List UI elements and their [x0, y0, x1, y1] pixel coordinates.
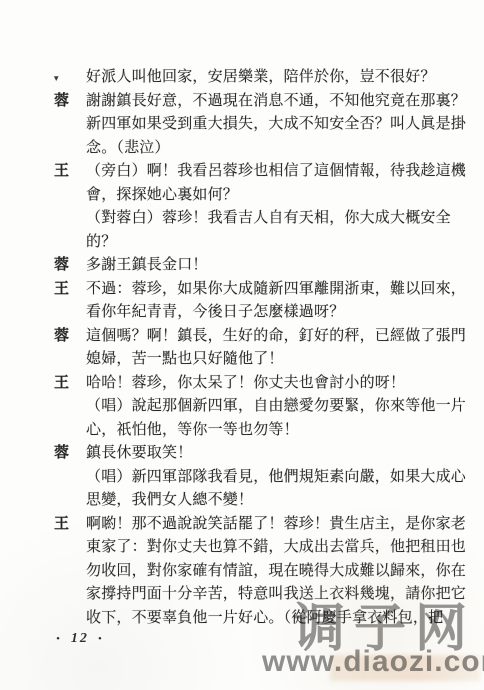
footer-left-dot: •: [56, 633, 62, 645]
script-line: 王 （旁白）啊！我看呂蓉珍也相信了這個情報，待我趁這機: [46, 160, 462, 184]
speaker-label: 蓉: [46, 90, 86, 114]
scanned-book-page: ▾ 好派人叫他回家，安居樂業，陪伴於你，豈不很好？ 蓉 謝謝鎮長好意，不過現在消…: [0, 0, 484, 690]
dialogue-text: 鎮長休要取笑！: [86, 442, 462, 466]
script-line: 的？: [46, 231, 462, 255]
dialogue-text: 的？: [86, 231, 462, 255]
script-line: 會，探探她心裏如何？: [46, 184, 462, 208]
dialogue-text: 謝謝鎮長好意，不過現在消息不通，不知他究竟在那裏？: [86, 90, 466, 114]
script-line: 蓉 鎮長休要取笑！: [46, 442, 462, 466]
page-number: • 12 •: [56, 631, 104, 647]
dialogue-text: 不過：蓉珍，如果你大成隨新四軍離開浙東，難以回來，: [86, 278, 466, 302]
script-line: 蓉 多謝王鎮長金口！: [46, 254, 462, 278]
script-line: 東家了：對你丈夫也算不錯，大成出去當兵，他把租田也: [46, 536, 462, 560]
speaker-label: 王: [46, 278, 86, 302]
dialogue-text: （唱）說起那個新四軍，自由戀愛勿要緊，你來等他一片: [86, 395, 466, 419]
speaker-label: ▾: [46, 67, 86, 91]
dialogue-text: 會，探探她心裏如何？: [86, 184, 462, 208]
speaker-label: 王: [46, 513, 86, 537]
dialogue-text: 東家了：對你丈夫也算不錯，大成出去當兵，他把租田也: [86, 536, 466, 560]
script-line: 思變，我們女人總不變！: [46, 489, 462, 513]
speaker-label: 王: [46, 160, 86, 184]
dialogue-text: 媳婦，苦一點也只好隨他了！: [86, 348, 462, 372]
dialogue-text: 心，祇怕他，等你一等也勿等！: [86, 419, 462, 443]
script-line: （對蓉白）蓉珍！我看吉人自有天相，你大成大概安全: [46, 207, 462, 231]
dialogue-text: 啊喲！那不過說說笑話罷了！蓉珍！貴生店主，是你家老: [86, 513, 466, 537]
dialogue-text: 念。（悲泣）: [86, 137, 462, 161]
script-line: 新四軍如果受到重大損失，大成不知安全否？叫人眞是掛: [46, 113, 462, 137]
script-line: 心，祇怕他，等你一等也勿等！: [46, 419, 462, 443]
dialogue-text: （旁白）啊！我看呂蓉珍也相信了這個情報，待我趁這機: [86, 160, 466, 184]
speaker-label: 蓉: [46, 442, 86, 466]
script-line: （唱）說起那個新四軍，自由戀愛勿要緊，你來等他一片: [46, 395, 462, 419]
dialogue-text: 哈哈！蓉珍，你太呆了！你丈夫也會討小的呀！: [86, 372, 462, 396]
footer-page-number: 12: [71, 631, 89, 647]
speaker-label: 蓉: [46, 254, 86, 278]
speaker-label: 王: [46, 372, 86, 396]
script-line: 王 啊喲！那不過說說笑話罷了！蓉珍！貴生店主，是你家老: [46, 513, 462, 537]
dialogue-text: 好派人叫他回家，安居樂業，陪伴於你，豈不很好？: [86, 66, 462, 90]
watermark-site-url: www.diaozi.com: [262, 645, 484, 679]
script-text: ▾ 好派人叫他回家，安居樂業，陪伴於你，豈不很好？ 蓉 謝謝鎮長好意，不過現在消…: [46, 66, 462, 630]
script-line: 王 哈哈！蓉珍，你太呆了！你丈夫也會討小的呀！: [46, 372, 462, 396]
dialogue-text: （唱）新四軍部隊我看見，他們規矩素向嚴，如果大成心: [86, 466, 466, 490]
script-line: 勿收回，對你家確有情誼，現在曉得大成難以歸來，你在: [46, 560, 462, 584]
script-line: 蓉 這個嗎？啊！鎮長，生好的命，釘好的秤，已經做了張門: [46, 325, 462, 349]
dialogue-text: 勿收回，對你家確有情誼，現在曉得大成難以歸來，你在: [86, 560, 466, 584]
dialogue-text: 這個嗎？啊！鎮長，生好的命，釘好的秤，已經做了張門: [86, 325, 466, 349]
dialogue-text: 新四軍如果受到重大損失，大成不知安全否？叫人眞是掛: [86, 113, 466, 137]
footer-right-dot: •: [98, 633, 104, 645]
script-line: ▾ 好派人叫他回家，安居樂業，陪伴於你，豈不很好？: [46, 66, 462, 90]
dialogue-text: （對蓉白）蓉珍！我看吉人自有天相，你大成大概安全: [86, 207, 462, 231]
script-line: 蓉 謝謝鎮長好意，不過現在消息不通，不知他究竟在那裏？: [46, 90, 462, 114]
dialogue-text: 看你年紀青青，今後日子怎麼樣過呀？: [86, 301, 462, 325]
script-line: 王 不過：蓉珍，如果你大成隨新四軍離開浙東，難以回來，: [46, 278, 462, 302]
script-line: 看你年紀青青，今後日子怎麼樣過呀？: [46, 301, 462, 325]
script-line: 念。（悲泣）: [46, 137, 462, 161]
script-line: （唱）新四軍部隊我看見，他們規矩素向嚴，如果大成心: [46, 466, 462, 490]
dialogue-text: 多謝王鎮長金口！: [86, 254, 462, 278]
speaker-label: 蓉: [46, 325, 86, 349]
dialogue-text: 思變，我們女人總不變！: [86, 489, 462, 513]
script-line: 媳婦，苦一點也只好隨他了！: [46, 348, 462, 372]
